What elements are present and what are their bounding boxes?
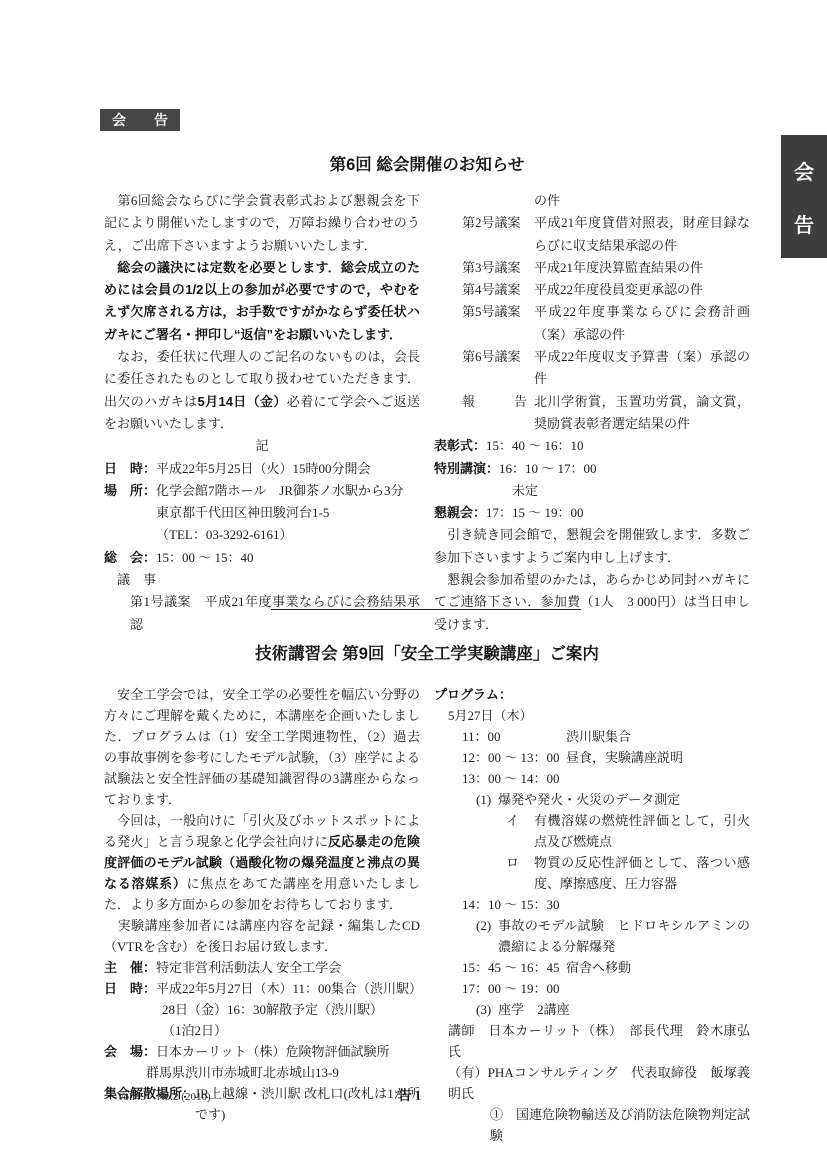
agenda-number: 第5号議案: [462, 301, 534, 346]
section1-left-column: 第6回総会ならびに学会賞表彰式および懇親会を下記により開催いたしますので，万障お…: [104, 190, 420, 636]
program-time-row: 12：00 〜 13：00昼食，実験講座説明: [434, 747, 750, 768]
meta-phone: （TEL：03-3292-6161）: [104, 524, 420, 546]
info-label: 会 場：: [104, 1041, 156, 1062]
info-continuation: 群馬県渋川市赤城町北赤城山13-9: [104, 1062, 420, 1083]
program-desc: [566, 978, 750, 999]
agenda-number: 第4号議案: [462, 279, 534, 301]
program-subitem-text: 有機溶媒の燃焼性評価として，引火点及び燃焼点: [534, 810, 750, 852]
agenda-number: 第6号議案: [462, 346, 534, 391]
info-row-venue: 会 場：日本カーリット（株）危険物評価試験所: [104, 1041, 420, 1062]
program-item-marker: (1): [476, 789, 491, 810]
footer-volume: Vol.49 No.2 (2010): [117, 1088, 211, 1104]
meta-label: 総 会：: [104, 547, 156, 569]
info-value: 日本カーリット（株）危険物評価試験所: [156, 1041, 420, 1062]
program-subitem: ロ物質の反応性評価として、落つい感度、摩擦感度、圧力容器: [434, 852, 750, 894]
paragraph-bold: 総会の議決には定数を必要とします．総会成立のためには会員の1/2以上の参加が必要…: [104, 257, 420, 346]
section1-columns: 第6回総会ならびに学会賞表彰式および懇親会を下記により開催いたしますので，万障お…: [104, 190, 750, 636]
agenda-item: 第5号議案平成22年度事業ならびに会務計画（案）承認の件: [434, 301, 750, 346]
section1-right-column: の件 第2号議案平成21年度貸借対照表，財産目録ならびに収支結果承認の件 第3号…: [434, 190, 750, 636]
meta-value: 平成22年5月25日（火）15時00分開会: [156, 458, 420, 480]
footer-page-label: 告: [398, 1088, 412, 1103]
program-item: (3)座学 2講座: [434, 999, 750, 1020]
info-label: 主 催：: [104, 957, 156, 978]
program-item-text: 座学 2講座: [498, 999, 750, 1020]
program-time-row: 13：00 〜 14：00: [434, 768, 750, 789]
side-tab-char-2: 告: [794, 209, 814, 238]
agenda-text: 平成21年度決算監査結果の件: [534, 257, 750, 279]
party-paragraph: 懇親会参加希望のかたは，あらかじめ同封ハガキにてご連絡下さい．参加費（1人 3 …: [434, 569, 750, 636]
program-time: 12：00 〜 13：00: [462, 747, 566, 768]
paragraph: 今回は，一般向けに「引火及びホットスポットによる発火」と言う現象と化学会社向けに…: [104, 810, 420, 915]
program-subitem-marker: ロ: [506, 852, 526, 894]
program-desc: 宿舎へ移動: [566, 957, 750, 978]
corner-announcement-box: 会 告: [100, 109, 180, 131]
agenda-item: 第3号議案平成21年度決算監査結果の件: [434, 257, 750, 279]
program-item-text: 爆発や発火・火災のデータ測定: [498, 789, 750, 810]
program-time-row: 17：00 〜 19：00: [434, 978, 750, 999]
schedule-time: 17：15 〜 19：00: [486, 502, 584, 524]
meta-address: 東京都千代田区神田駿河台1-5: [104, 502, 420, 524]
info-continuation: （1泊2日）: [104, 1020, 420, 1041]
info-row-organizer: 主 催：特定非営利活動法人 安全工学会: [104, 957, 420, 978]
section1-title: 第6回 総会開催のお知らせ: [104, 151, 750, 175]
agenda-item-1: 第1号議案 平成21年度事業ならびに会務結果承認: [104, 591, 420, 636]
program-date: 5月27日（木）: [434, 705, 750, 726]
agenda-item: 第6号議案平成22年度収支予算書（案）承認の件: [434, 346, 750, 391]
program-time-row: 11：00渋川駅集合: [434, 726, 750, 747]
program-time: 13：00 〜 14：00: [462, 768, 566, 789]
footer-page-num: 1: [415, 1088, 422, 1103]
journal-announcement-page: 会 告 会 告 第6回 総会開催のお知らせ 第6回総会ならびに学会賞表彰式および…: [0, 0, 827, 1170]
program-time: 14：10 〜 15：30: [462, 894, 566, 915]
agenda-text: 平成22年度収支予算書（案）承認の件: [534, 346, 750, 391]
agenda-continuation: の件: [434, 190, 750, 212]
program-time: 17：00 〜 19：00: [462, 978, 566, 999]
schedule-row-ceremony: 表彰式：15：40 〜 16：10: [434, 435, 750, 457]
section2-right-column: プログラム： 5月27日（木） 11：00渋川駅集合 12：00 〜 13：00…: [434, 684, 750, 1146]
schedule-time: 16：10 〜 17：00: [499, 458, 597, 480]
program-item-marker: (2): [476, 915, 491, 957]
info-value: JR上越線・渋川駅 改札口(改札は1か所です): [195, 1083, 420, 1125]
schedule-time: 15：40 〜 16：10: [486, 435, 584, 457]
side-tab-announcement: 会 告: [781, 135, 827, 258]
meta-value: 15：00 〜 15：40: [156, 547, 420, 569]
program-item: (2)事故のモデル試験 ヒドロキシルアミンの濃縮による分解爆発: [434, 915, 750, 957]
schedule-label: 特別講演：: [434, 458, 499, 480]
program-desc: [566, 894, 750, 915]
paragraph: なお，委任状に代理人のご記名のないものは，会長に委任されたものとして取り扱わせて…: [104, 346, 420, 435]
footer-page-number: 告 1: [398, 1084, 422, 1104]
info-continuation: 28日（金）16：30解散予定（渋川駅）: [104, 999, 420, 1020]
program-subitem-text: 物質の反応性評価として、落つい感度、摩擦感度、圧力容器: [534, 852, 750, 894]
paragraph: 第6回総会ならびに学会賞表彰式および懇親会を下記により開催いたしますので，万障お…: [104, 190, 420, 257]
agenda-number: 報 告: [462, 391, 534, 436]
agenda-number: 第3号議案: [462, 257, 534, 279]
section-divider: [271, 609, 581, 610]
schedule-tbd: 未定: [434, 480, 750, 502]
program-heading: プログラム：: [434, 684, 750, 705]
agenda-item: 第2号議案平成21年度貸借対照表，財産目録ならびに収支結果承認の件: [434, 212, 750, 257]
lecturer-line: （有）PHAコンサルティング 代表取締役 飯塚義明氏: [434, 1062, 750, 1104]
program-desc: 昼食，実験講座説明: [566, 747, 750, 768]
paragraph: 実験講座参加者には講座内容を記録・編集したCD（VTRを含む）を後日お届け致しま…: [104, 915, 420, 957]
agenda-text: 平成22年度役員変更承認の件: [534, 279, 750, 301]
program-time: 15：45 〜 16：45: [462, 957, 566, 978]
program-item-marker: (3): [476, 999, 491, 1020]
meta-row-meeting: 総 会：15：00 〜 15：40: [104, 547, 420, 569]
meta-label: 場 所：: [104, 480, 156, 502]
program-item-text: 事故のモデル試験 ヒドロキシルアミンの濃縮による分解爆発: [498, 915, 750, 957]
side-tab-char-1: 会: [794, 156, 814, 185]
paragraph: 安全工学会では，安全工学の必要性を幅広い分野の方々にご理解を戴くために，本講座を…: [104, 684, 420, 810]
program-subitem: イ有機溶媒の燃焼性評価として，引火点及び燃焼点: [434, 810, 750, 852]
meta-value: 化学会館7階ホール JR御茶ノ水駅から3分: [156, 480, 420, 502]
info-value: 特定非営利活動法人 安全工学会: [156, 957, 420, 978]
program-time-row: 14：10 〜 15：30: [434, 894, 750, 915]
section2-left-column: 安全工学会では，安全工学の必要性を幅広い分野の方々にご理解を戴くために，本講座を…: [104, 684, 420, 1146]
meta-row-place: 場 所：化学会館7階ホール JR御茶ノ水駅から3分: [104, 480, 420, 502]
program-item: (1)爆発や発火・火災のデータ測定: [434, 789, 750, 810]
section2-title: 技術講習会 第9回「安全工学実験講座」ご案内: [104, 640, 750, 664]
info-row-datetime: 日 時：平成22年5月27日（木）11：00集合（渋川駅）: [104, 978, 420, 999]
info-value: 平成22年5月27日（木）11：00集合（渋川駅）: [156, 978, 420, 999]
agenda-item: 第4号議案平成22年度役員変更承認の件: [434, 279, 750, 301]
agenda-heading: 議 事: [104, 569, 420, 591]
corner-announcement-label: 会 告: [112, 110, 168, 130]
ki-heading: 記: [104, 435, 420, 457]
agenda-text: 平成21年度貸借対照表，財産目録ならびに収支結果承認の件: [534, 212, 750, 257]
schedule-row-party: 懇親会：17：15 〜 19：00: [434, 502, 750, 524]
agenda-text: 平成22年度事業ならびに会務計画（案）承認の件: [534, 301, 750, 346]
party-paragraph: 引き続き同会館で，懇親会を開催致します．多数ご参加下さいますようご案内申し上げま…: [434, 524, 750, 569]
info-label: 日 時：: [104, 978, 156, 999]
meta-row-datetime: 日 時：平成22年5月25日（火）15時00分開会: [104, 458, 420, 480]
agenda-item-report: 報 告北川学術賞，玉置功労賞，論文賞，奨励賞表彰者選定結果の件: [434, 391, 750, 436]
agenda-number: 第2号議案: [462, 212, 534, 257]
program-subitem-marker: イ: [506, 810, 526, 852]
schedule-label: 懇親会：: [434, 502, 486, 524]
lecturer-line: 講師 日本カーリット（株） 部長代理 鈴木康弘氏: [434, 1020, 750, 1062]
lecture-topic: ① 国連危険物輸送及び消防法危険物判定試験: [434, 1104, 750, 1146]
program-time: 11：00: [462, 726, 566, 747]
schedule-row-lecture: 特別講演：16：10 〜 17：00: [434, 458, 750, 480]
meta-label: 日 時：: [104, 458, 156, 480]
section2-columns: 安全工学会では，安全工学の必要性を幅広い分野の方々にご理解を戴くために，本講座を…: [104, 684, 750, 1146]
program-time-row: 15：45 〜 16：45宿舎へ移動: [434, 957, 750, 978]
program-desc: 渋川駅集合: [566, 726, 750, 747]
deadline-date: 5月14日（金）: [198, 394, 287, 409]
schedule-label: 表彰式：: [434, 435, 486, 457]
program-desc: [566, 768, 750, 789]
agenda-text: 北川学術賞，玉置功労賞，論文賞，奨励賞表彰者選定結果の件: [534, 391, 750, 436]
